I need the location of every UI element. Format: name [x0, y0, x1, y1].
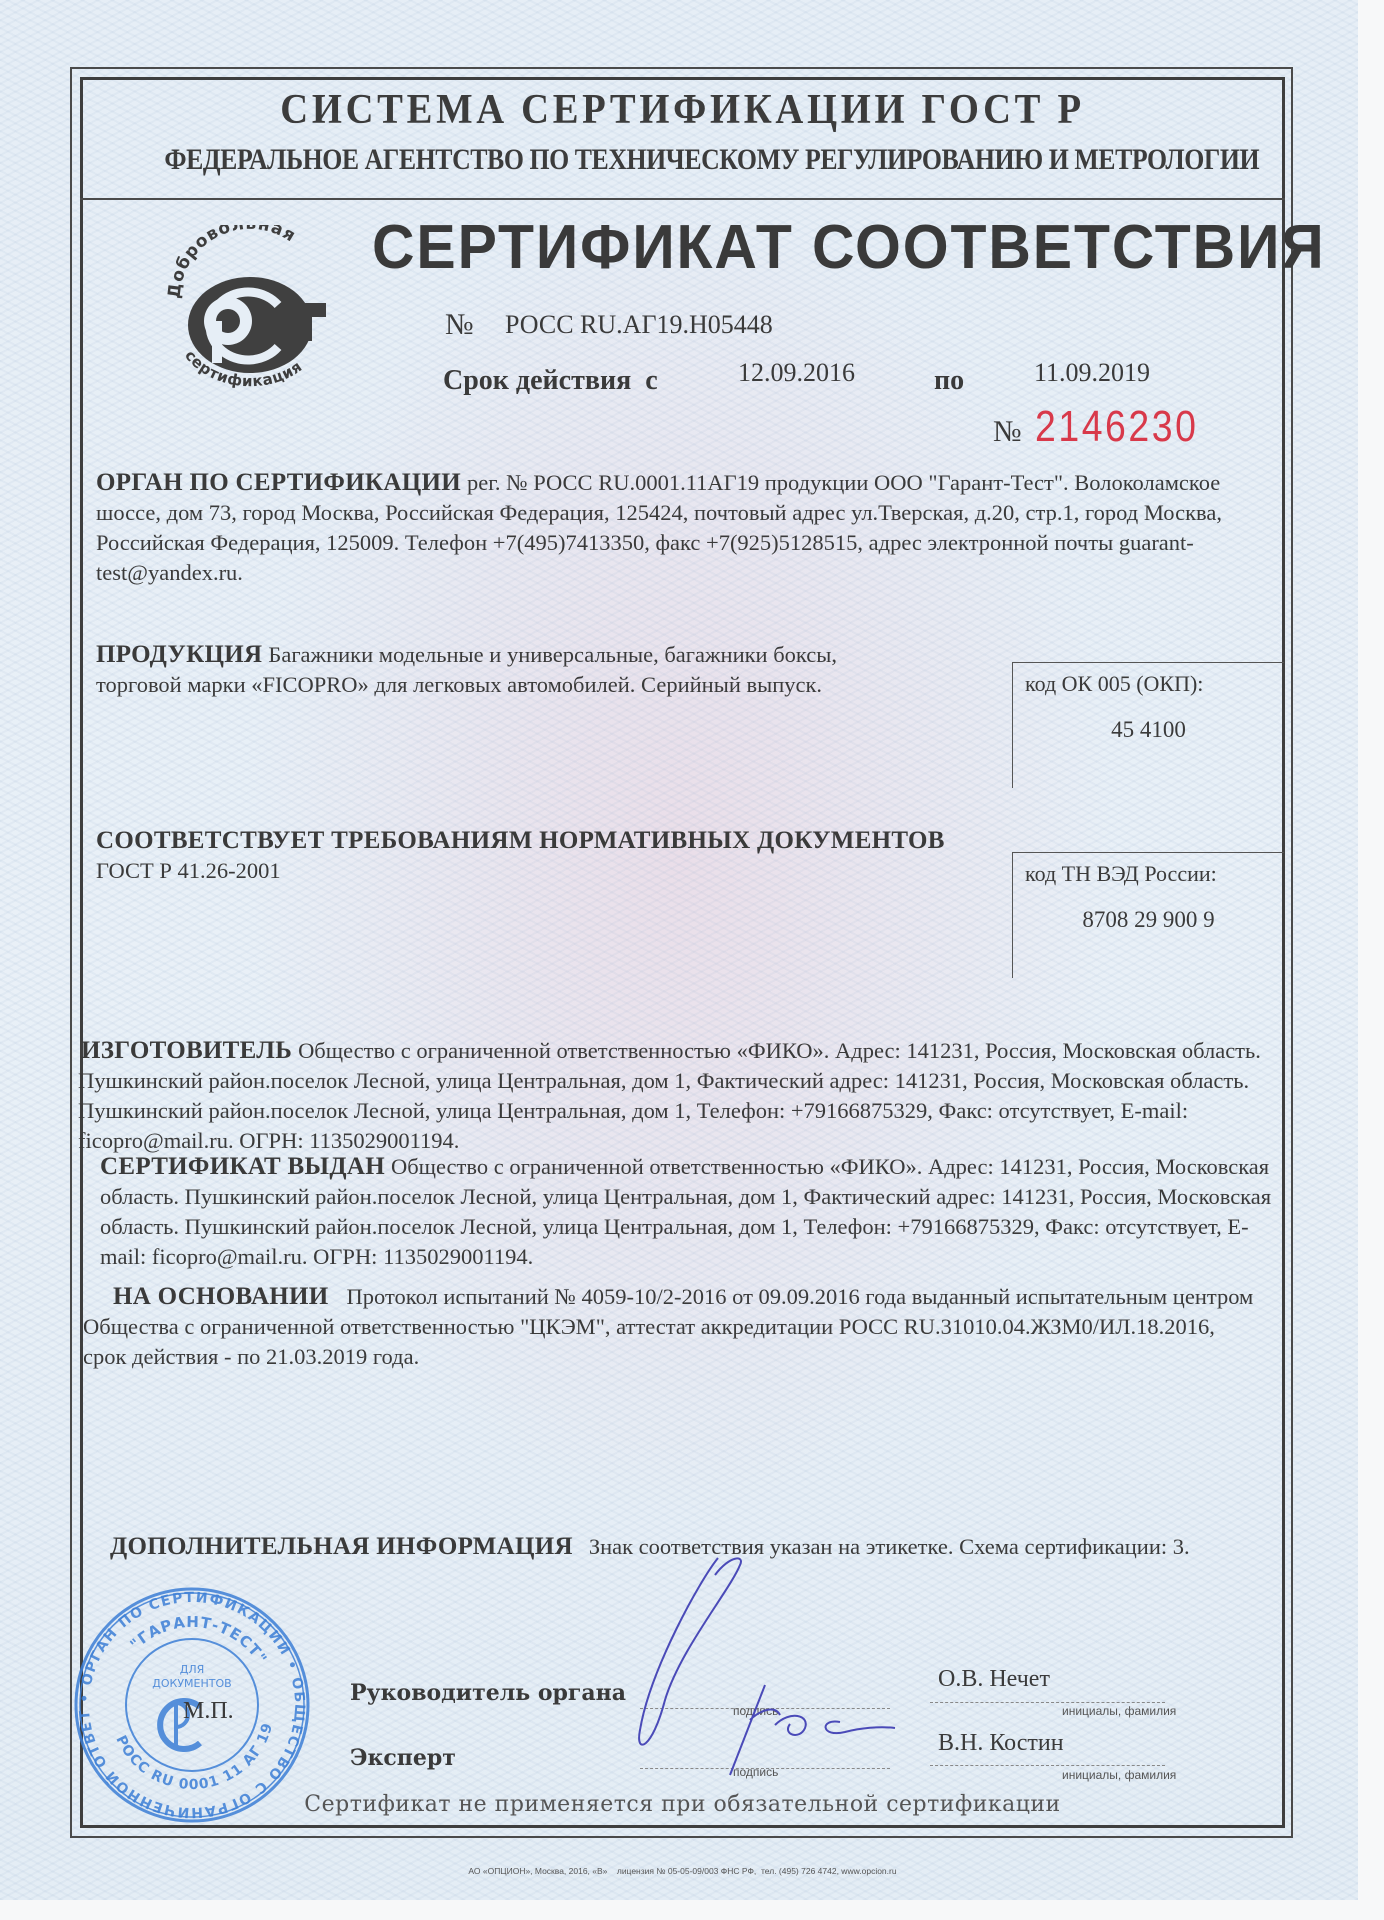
expert-name-line [930, 1765, 1165, 1766]
head-name-caption: инициалы, фамилия [1062, 1704, 1176, 1718]
certificate-title: СЕРТИФИКАТ СООТВЕТСТВИЯ [372, 212, 1326, 283]
agency-name: ФЕДЕРАЛЬНОЕ АГЕНТСТВО ПО ТЕХНИЧЕСКОМУ РЕ… [164, 143, 1200, 177]
issued-to-heading: СЕРТИФИКАТ ВЫДАН [100, 1153, 385, 1180]
okp-code-label: код ОК 005 (ОКП): [1025, 671, 1203, 697]
basis-heading: НА ОСНОВАНИИ [113, 1283, 329, 1310]
conformity-text: ГОСТ Р 41.26-2001 [96, 856, 996, 886]
expert-label: Эксперт [350, 1745, 456, 1771]
tnved-code-box: код ТН ВЭД России: 8708 29 900 9 [1012, 852, 1284, 978]
basis-section: НА ОСНОВАНИИПротокол испытаний № 4059-10… [83, 1282, 1263, 1372]
manufacturer-heading: ИЗГОТОВИТЕЛЬ [81, 1037, 292, 1064]
printer-imprint: АО «ОПЦИОН», Москва, 2016, «В» лицензия … [80, 1866, 1285, 1876]
valid-to-label: по [934, 365, 964, 397]
valid-to-date: 11.09.2019 [1034, 358, 1150, 388]
okp-code-box: код ОК 005 (ОКП): 45 4100 [1012, 662, 1284, 788]
disclaimer: Сертификат не применяется при обязательн… [80, 1792, 1285, 1817]
head-name-line [930, 1702, 1165, 1703]
certificate-number: РОСС RU.АГ19.Н05448 [505, 310, 773, 340]
additional-info-heading: ДОПОЛНИТЕЛЬНАЯ ИНФОРМАЦИЯ [110, 1533, 573, 1560]
tnved-code-value: 8708 29 900 9 [1013, 907, 1284, 933]
head-name: О.В. Нечет [938, 1666, 1050, 1693]
expert-name-caption: инициалы, фамилия [1062, 1768, 1176, 1782]
product-section: ПРОДУКЦИЯБагажники модельные и универсал… [96, 640, 926, 700]
expert-name: В.Н. Костин [938, 1730, 1064, 1757]
okp-code-value: 45 4100 [1013, 717, 1284, 743]
system-title: СИСТЕМА СЕРТИФИКАЦИИ ГОСТ Р [128, 86, 1237, 134]
expert-signature-icon [720, 1680, 920, 1790]
seal-placeholder-label: М.П. [183, 1698, 234, 1725]
conformity-section: СООТВЕТСТВУЕТ ТРЕБОВАНИЯМ НОРМАТИВНЫХ ДО… [96, 826, 996, 886]
validity-label: Срок действия с [443, 365, 658, 397]
certification-body-section: ОРГАН ПО СЕРТИФИКАЦИИрег. № РОСС RU.0001… [96, 468, 1256, 588]
rst-logo-icon: Добровольная сертификация [160, 225, 340, 395]
serial-number: 2146230 [1035, 402, 1198, 452]
manufacturer-section: ИЗГОТОВИТЕЛЬОбщество с ограниченной отве… [78, 1036, 1268, 1156]
svg-text:ДЛЯ: ДЛЯ [180, 1663, 205, 1676]
issued-to-section: СЕРТИФИКАТ ВЫДАНОбщество с ограниченной … [100, 1152, 1280, 1272]
valid-from-date: 12.09.2016 [738, 358, 855, 388]
conformity-heading: СООТВЕТСТВУЕТ ТРЕБОВАНИЯМ НОРМАТИВНЫХ ДО… [96, 827, 945, 854]
serial-label: № [993, 415, 1022, 449]
number-label: № [445, 308, 474, 342]
certification-body-heading: ОРГАН ПО СЕРТИФИКАЦИИ [96, 469, 461, 496]
product-heading: ПРОДУКЦИЯ [96, 641, 262, 668]
tnved-code-label: код ТН ВЭД России: [1025, 861, 1217, 887]
header-divider [80, 198, 1285, 200]
svg-text:ДОКУМЕНТОВ: ДОКУМЕНТОВ [152, 1677, 231, 1690]
